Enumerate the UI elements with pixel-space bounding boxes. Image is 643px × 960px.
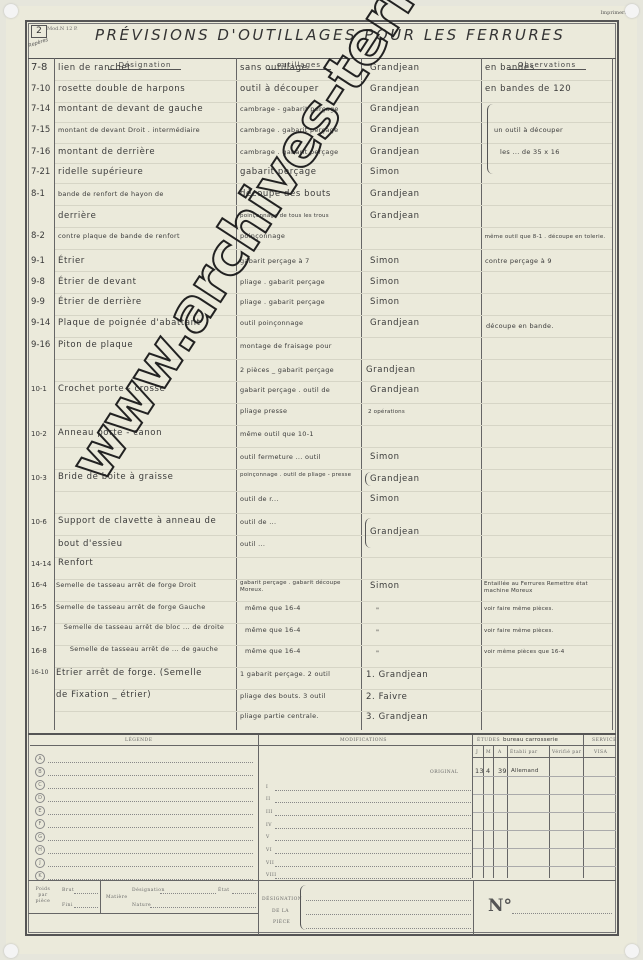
etudes-row-rule (473, 812, 616, 813)
brut-label: Brut (62, 888, 74, 893)
ruled-line (55, 469, 612, 470)
etudes-row-rule (473, 776, 616, 777)
modification-iv: IV (266, 823, 272, 828)
info-strip-divider (28, 880, 616, 881)
row-ref: 16-10 (31, 669, 48, 676)
legend-line (48, 814, 253, 815)
row-designation: Support de clavette à anneau de (58, 516, 216, 526)
row-ref: 7-15 (31, 125, 50, 135)
row-designation: Semelle de tasseau arrêt de ... de gauch… (56, 645, 232, 653)
modification-line (275, 866, 471, 867)
modifications-title: MODIFICATIONS (340, 738, 387, 743)
row-outillage: pliage . gabarit perçage (240, 298, 325, 306)
col-etabli-label: Établi par (510, 750, 538, 755)
row-fabricant: Simon (370, 452, 400, 462)
date-month: 4 (486, 767, 490, 775)
row-designation: derrière (58, 211, 96, 221)
designation-piece-label-1: DÉSIGNATION (262, 897, 302, 902)
row-ref: 7-16 (31, 147, 50, 157)
row-fabricant: 3. Grandjean (366, 712, 428, 722)
row-fabricant: Grandjean (370, 147, 420, 157)
etudes-row-rule (473, 848, 616, 849)
row-observation: Entaillée au Ferrures Remettre état mach… (484, 581, 608, 595)
observation-brace (487, 104, 493, 174)
row-fabricant: Grandjean (370, 211, 420, 221)
designation-piece-field[interactable] (306, 928, 471, 929)
row-observation: voir faire même pièces. (484, 606, 554, 612)
etat-label: État (218, 888, 230, 893)
row-ref: 16-4 (31, 581, 47, 589)
row-observation: même outil que 8-1 . découpe en tolerie. (484, 234, 606, 241)
etudes-title: ÉTUDES (477, 738, 500, 743)
row-designation: ridelle supérieure (58, 167, 143, 177)
modification-line (275, 853, 471, 854)
row-fabricant: 2. Faivre (366, 692, 407, 702)
row-designation: montant de devant Droit . intermédiaire (58, 126, 200, 134)
footer-divider (28, 733, 616, 735)
row-ref: 9-9 (31, 297, 45, 307)
legend-line (48, 801, 253, 802)
legend-marker-f: F (35, 819, 45, 829)
legend-marker-e: E (35, 806, 45, 816)
row-outillage: gabarit perçage . gabarit découpe Moreux… (240, 580, 358, 594)
number-label: N° (488, 896, 512, 916)
designation-matiere-field[interactable] (160, 893, 216, 894)
ruled-line (55, 513, 612, 514)
ruled-line (55, 491, 612, 492)
modification-line (275, 878, 471, 879)
row-ref: 9-1 (31, 256, 45, 266)
binder-clip-top-left (4, 4, 18, 18)
row-outillage: montage de fraisage pour (240, 342, 332, 350)
ruled-line (55, 315, 612, 316)
row-observation: découpe en bande. (486, 322, 554, 330)
legend-header-rule (30, 745, 258, 746)
poids-label: Poids par pièce (34, 887, 52, 905)
row-ref: 8-2 (31, 231, 45, 241)
row-observation: voir faire même pièces. (484, 628, 554, 634)
modification-line (275, 840, 471, 841)
info-strip-lower-rule (28, 913, 258, 914)
row-outillage: pliage partie centrale. (240, 712, 319, 720)
row-outillage: même que 16-4 (245, 604, 301, 612)
designation-divider (473, 880, 474, 935)
nature-label: Nature (132, 903, 151, 908)
row-designation: Renfort (58, 558, 93, 568)
row-ref: 16-5 (31, 603, 47, 611)
legend-line (48, 840, 253, 841)
legend-line (48, 788, 253, 789)
row-outillage: outil poinçonnage (240, 319, 303, 327)
etabli-par-signature: Allemand (511, 768, 539, 774)
visa-divider (583, 735, 584, 878)
row-ref: 9-16 (31, 340, 50, 350)
designation-brace (300, 885, 306, 930)
ruled-line (55, 293, 612, 294)
row-designation: montant de derrière (58, 147, 155, 157)
row-designation: montant de devant de gauche (58, 104, 203, 114)
col-j-label: J (476, 750, 478, 755)
designation-piece-field[interactable] (306, 914, 471, 915)
row-ref: 7-8 (31, 62, 47, 73)
ruled-line (55, 205, 612, 206)
row-fabricant: Grandjean (370, 474, 420, 484)
row-outillage: outil de ... (240, 518, 276, 526)
row-fabricant: 1. Grandjean (366, 670, 428, 680)
row-outillage: même outil que 10-1 (240, 430, 314, 438)
brut-field[interactable] (74, 893, 98, 894)
row-ref: 8-1 (31, 189, 45, 199)
ruled-line (55, 249, 612, 250)
row-fabricant: 2 opérations (368, 409, 405, 415)
row-ref: 16-8 (31, 647, 47, 655)
row-fabricant: Grandjean (370, 125, 420, 135)
col-m-label: M (486, 750, 491, 755)
row-fabricant: Simon (370, 581, 400, 591)
row-ref: 9-8 (31, 277, 45, 287)
designation-piece-label-3: PIÈCE (273, 920, 290, 925)
row-outillage: 1 gabarit perçage. 2 outil (240, 670, 330, 678)
row-fabricant: Simon (370, 256, 400, 266)
row-observation: les ... de 35 x 16 (500, 148, 560, 156)
fini-label: Fini (62, 903, 73, 908)
row-outillage: pliage des bouts. 3 outil (240, 692, 326, 700)
legend-marker-d: D (35, 793, 45, 803)
number-field[interactable] (512, 913, 612, 914)
ruled-line (55, 535, 612, 536)
row-designation: bande de renfort de hayon de (58, 190, 164, 198)
etudes-row-rule (473, 794, 616, 795)
original-label: ORIGINAL (430, 770, 458, 775)
matiere-label: Matière (106, 895, 128, 900)
row-fabricant: Simon (370, 167, 400, 177)
legend-marker-c: C (35, 780, 45, 790)
modification-v: V (266, 835, 270, 840)
row-fabricant: Grandjean (370, 318, 420, 328)
modification-vii: VII (266, 861, 274, 866)
row-ref: 10-3 (31, 474, 47, 482)
modification-i: I (266, 785, 268, 790)
row-fabricant: Grandjean (366, 365, 416, 375)
ruled-line (55, 163, 612, 164)
legend-line (48, 827, 253, 828)
row-outillage: outil de r... (240, 495, 279, 503)
nature-field[interactable] (150, 907, 256, 908)
col-a-label: A (498, 750, 502, 755)
row-outillage: 2 pièces _ gabarit perçage (240, 366, 334, 374)
outillage-column-divider (361, 58, 362, 730)
row-fabricant: Grandjean (370, 385, 420, 395)
legend-marker-h: H (35, 845, 45, 855)
row-fabricant: Grandjean (370, 189, 420, 199)
row-designation: rosette double de harpons (58, 84, 185, 94)
ref-column-divider (54, 58, 55, 730)
modification-ii: II (266, 797, 271, 802)
row-outillage: sans outillage (240, 63, 307, 73)
ruled-line (55, 711, 612, 712)
row-ref: 14-14 (31, 560, 51, 568)
etudes-header-rule (473, 745, 616, 746)
designation-piece-label-2: DE LA (272, 909, 289, 914)
col-verifie-label: Vérifié par (552, 750, 582, 755)
legend-title: LÉGENDE (125, 738, 152, 743)
row-fabricant: Grandjean (370, 527, 420, 537)
row-ref: 10-6 (31, 518, 47, 526)
row-observation: en bandes de 120 (485, 84, 571, 94)
right-margin-line (612, 58, 613, 730)
modification-iii: III (266, 810, 273, 815)
row-designation: Etrier arrêt de forge. (Semelle (56, 668, 202, 678)
row-outillage: pliage presse (240, 407, 287, 415)
etudes-row-rule (473, 830, 616, 831)
fabricant-brace (365, 472, 371, 486)
row-designation: Piton de plaque (58, 340, 133, 350)
row-designation: Semelle de tasseau arrêt de forge Droit (56, 581, 196, 589)
designation-piece-field[interactable] (306, 900, 471, 901)
row-observation: voir même pièces que 16-4 (484, 649, 564, 655)
form-reference: Mod.N 12 P. (47, 26, 78, 32)
row-fabricant: Simon (370, 494, 400, 504)
modification-line (275, 790, 471, 791)
ruled-line (55, 227, 612, 228)
row-ref: 7-14 (31, 104, 50, 114)
row-observation: contre perçage à 9 (485, 257, 552, 265)
fabricant-brace (365, 518, 371, 548)
modification-line (275, 815, 471, 816)
row-observation: en bandes (485, 63, 535, 73)
etudes-row-rule (473, 866, 616, 867)
modification-vi: VI (266, 848, 272, 853)
row-outillage: gabarit perçage . outil de (240, 386, 330, 394)
binder-clip-top-right (625, 4, 639, 18)
row-designation: de Fixation _ étrier) (56, 690, 151, 700)
row-fabricant: " (376, 628, 379, 636)
row-designation: bout d'essieu (58, 539, 123, 549)
service-title: SERVICE (592, 738, 617, 743)
legend-line (48, 853, 253, 854)
legend-line (48, 762, 253, 763)
row-designation: lien de ranchet (58, 63, 131, 73)
fabricant-column-divider (481, 58, 482, 730)
row-outillage: outil ... (240, 540, 265, 548)
row-designation: contre plaque de bande de renfort (58, 232, 180, 240)
row-fabricant: " (376, 649, 379, 657)
modification-line (275, 828, 471, 829)
legend-marker-j: J (35, 858, 45, 868)
legend-marker-b: B (35, 767, 45, 777)
legend-line (48, 866, 253, 867)
poids-divider (100, 880, 101, 913)
col-visa-label: VISA (594, 750, 607, 755)
row-ref: 9-14 (31, 318, 50, 328)
legend-marker-g: G (35, 832, 45, 842)
row-designation: Étrier de devant (58, 277, 137, 287)
row-designation: Semelle de tasseau arrêt de bloc ... de … (56, 623, 232, 631)
etudes-subheader-rule (473, 757, 616, 758)
row-fabricant: Grandjean (370, 104, 420, 114)
fini-field[interactable] (74, 907, 98, 908)
modification-line (275, 802, 471, 803)
modifications-header-rule (259, 745, 472, 746)
ruled-line (55, 557, 612, 558)
row-fabricant: Simon (370, 297, 400, 307)
row-fabricant: Simon (370, 277, 400, 287)
row-ref: 7-10 (31, 84, 50, 94)
legend-divider (258, 735, 259, 935)
binder-clip-bottom-right (625, 944, 639, 958)
row-outillage: même que 16-4 (245, 647, 301, 655)
etat-field[interactable] (232, 893, 256, 894)
row-designation: Semelle de tasseau arrêt de forge Gauche (56, 603, 206, 611)
designation-column-divider (236, 58, 237, 730)
row-outillage: même que 16-4 (245, 626, 301, 634)
row-ref: 10-1 (31, 385, 47, 393)
row-outillage: pliage . gabarit perçage (240, 278, 325, 286)
row-outillage: outil fermeture ... outil (240, 453, 321, 461)
row-designation: Étrier (58, 256, 85, 266)
ruled-line (55, 183, 612, 184)
row-ref: 7-21 (31, 167, 50, 177)
ruled-line (55, 271, 612, 272)
row-ref: 10-2 (31, 430, 47, 438)
row-observation: un outil à découper (494, 126, 563, 134)
binder-clip-bottom-left (4, 944, 18, 958)
legend-line (48, 775, 253, 776)
etudes-bureau: bureau carrosserie (503, 737, 558, 743)
row-outillage: poinçonnage . outil de pliage - presse (240, 472, 358, 479)
date-year: 39 (498, 767, 507, 775)
date-day: 13 (475, 767, 484, 775)
row-designation: Étrier de derrière (58, 297, 142, 307)
row-ref: 16-7 (31, 625, 47, 633)
ruled-line (55, 601, 612, 602)
sheet-number: 2 (31, 25, 47, 38)
row-fabricant: " (376, 606, 379, 614)
legend-marker-a: A (35, 754, 45, 764)
